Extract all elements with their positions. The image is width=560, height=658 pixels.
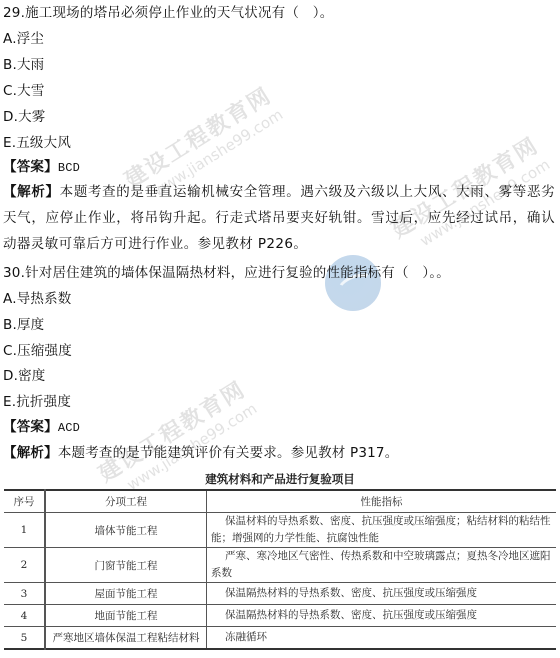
cell-perf: 保温材料的导热系数、密度、抗压强度或压缩强度；粘结材料的粘结性能；增强网的力学性… — [207, 513, 557, 548]
analysis-text: 本题考查的是节能建筑评价有关要求。参见教材 P317。 — [58, 445, 399, 461]
q30-option-c: C.压缩强度 — [3, 343, 72, 359]
cell-no: 2 — [4, 548, 45, 583]
watermark-logo-icon — [325, 255, 381, 311]
q29-answer: 【答案】BCD — [3, 159, 80, 176]
q30-analysis: 【解析】本题考查的是节能建筑评价有关要求。参见教材 P317。 — [3, 445, 398, 461]
cell-no: 4 — [4, 605, 45, 627]
cell-item: 墙体节能工程 — [45, 513, 207, 548]
cell-no: 3 — [4, 583, 45, 605]
answer-label: 【答案】 — [3, 419, 58, 435]
q29-option-b: B.大雨 — [3, 57, 44, 73]
table-title: 建筑材料和产品进行复验项目 — [0, 471, 560, 487]
q29-option-d: D.大雾 — [3, 109, 46, 125]
cell-perf-text: 保温材料的导热系数、密度、抗压强度或压缩强度；粘结材料的粘结性能；增强网的力学性… — [211, 515, 551, 544]
retest-items-table: 序号 分项工程 性能指标 1 墙体节能工程 保温材料的导热系数、密度、抗压强度或… — [4, 489, 556, 650]
table-row: 4 地面节能工程 保温隔热材料的导热系数、密度、抗压强度或压缩强度 — [4, 605, 556, 627]
table-header-row: 序号 分项工程 性能指标 — [4, 490, 556, 513]
cell-perf: 保温隔热材料的导热系数、密度、抗压强度或压缩强度 — [207, 583, 557, 605]
header-perf: 性能指标 — [207, 490, 557, 513]
cell-item: 地面节能工程 — [45, 605, 207, 627]
cell-item: 屋面节能工程 — [45, 583, 207, 605]
cell-no: 1 — [4, 513, 45, 548]
analysis-label: 【解析】 — [3, 445, 58, 461]
q30-option-a: A.导热系数 — [3, 291, 72, 307]
cell-perf: 严寒、寒冷地区气密性、传热系数和中空玻璃露点；夏热冬冷地区遮阳系数 — [207, 548, 557, 583]
header-no: 序号 — [4, 490, 45, 513]
q30-answer: 【答案】ACD — [3, 419, 80, 436]
cell-perf: 冻融循环 — [207, 627, 557, 650]
q30-option-e: E.抗折强度 — [3, 394, 71, 410]
cell-item: 门窗节能工程 — [45, 548, 207, 583]
cell-perf-text: 保温隔热材料的导热系数、密度、抗压强度或压缩强度 — [211, 587, 477, 599]
q30-option-b: B.厚度 — [3, 317, 44, 333]
q29-analysis: 【解析】本题考查的是垂直运输机械安全管理。遇六级及六级以上大风、大雨、雾等恶劣天… — [3, 179, 555, 257]
q29-option-a: A.浮尘 — [3, 31, 44, 47]
header-item: 分项工程 — [45, 490, 207, 513]
q30-option-d: D.密度 — [3, 368, 46, 384]
analysis-label: 【解析】 — [3, 184, 60, 200]
cell-perf-text: 保温隔热材料的导热系数、密度、抗压强度或压缩强度 — [211, 609, 477, 621]
question-29-text: 29.施工现场的塔吊必须停止作业的天气状况有（ ）。 — [3, 5, 333, 21]
table-row: 1 墙体节能工程 保温材料的导热系数、密度、抗压强度或压缩强度；粘结材料的粘结性… — [4, 513, 556, 548]
cell-perf-text: 严寒、寒冷地区气密性、传热系数和中空玻璃露点；夏热冬冷地区遮阳系数 — [211, 550, 551, 579]
table-row: 2 门窗节能工程 严寒、寒冷地区气密性、传热系数和中空玻璃露点；夏热冬冷地区遮阳… — [4, 548, 556, 583]
cell-perf-text: 冻融循环 — [211, 631, 267, 643]
table-row: 5 严寒地区墙体保温工程粘结材料 冻融循环 — [4, 627, 556, 650]
q29-option-c: C.大雪 — [3, 83, 45, 99]
cell-item: 严寒地区墙体保温工程粘结材料 — [45, 627, 207, 650]
answer-value: BCD — [58, 161, 80, 175]
cell-perf: 保温隔热材料的导热系数、密度、抗压强度或压缩强度 — [207, 605, 557, 627]
question-30-text: 30.针对居住建筑的墙体保温隔热材料，应进行复验的性能指标有（ ）。。 — [3, 265, 450, 281]
q29-option-e: E.五级大风 — [3, 135, 71, 151]
answer-label: 【答案】 — [3, 159, 58, 175]
watermark-text: 建设工程教育网 — [118, 79, 277, 194]
analysis-text: 本题考查的是垂直运输机械安全管理。遇六级及六级以上大风、大雨、雾等恶劣天气，应停… — [3, 184, 555, 252]
cell-no: 5 — [4, 627, 45, 650]
answer-value: ACD — [58, 421, 80, 435]
table-row: 3 屋面节能工程 保温隔热材料的导热系数、密度、抗压强度或压缩强度 — [4, 583, 556, 605]
